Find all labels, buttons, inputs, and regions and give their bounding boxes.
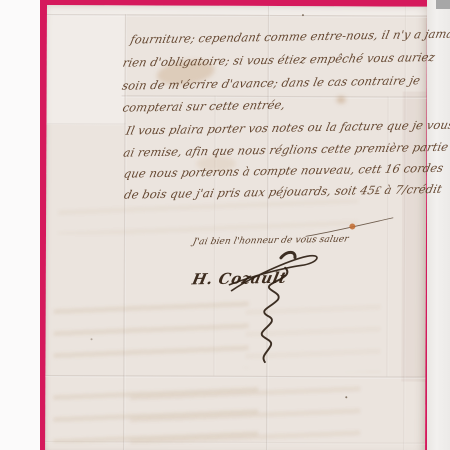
signature-flourish: [229, 249, 326, 366]
letter-line: fourniture; cependant comme entre-nous, …: [129, 26, 450, 46]
letter-line: ai remise, afin que nous réglions cette …: [122, 140, 450, 160]
letter-line: rien d'obligatoire; si vous étiez empêch…: [121, 50, 436, 70]
letter-line: Il vous plaira porter vos notes ou la fa…: [125, 118, 450, 138]
photo-of-letter: fourniture; cependant comme entre-nous, …: [0, 0, 450, 450]
letter-line: compterai sur cette entrée,: [121, 98, 286, 115]
pen-hairline-stroke: [302, 213, 397, 241]
left-white-margin: [0, 0, 40, 450]
corner-grey-chip: [436, 0, 450, 9]
ink-blot: [349, 223, 355, 229]
letter-sheet: fourniture; cependant comme entre-nous, …: [45, 5, 427, 450]
letter-line: soin de m'écrire d'avance; dans le cas c…: [121, 73, 422, 93]
handwriting-layer: fourniture; cependant comme entre-nous, …: [46, 0, 434, 450]
letter-line: de bois que j'ai pris aux péjouards, soi…: [123, 182, 443, 202]
letter-line: que nous porterons à compte nouveau, cet…: [123, 161, 445, 181]
